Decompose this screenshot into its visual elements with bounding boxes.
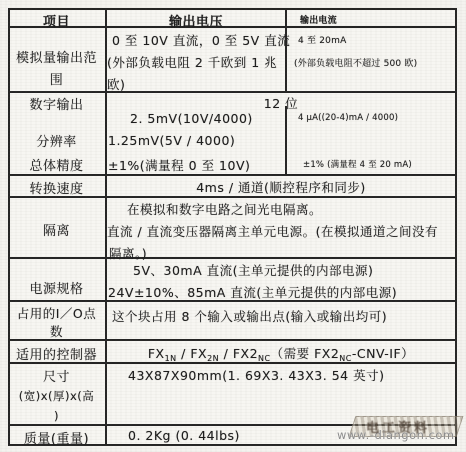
conversion-value: 4ms / 通道(顺控程序和同步) bbox=[105, 178, 457, 196]
accuracy-voltage: ±1%(满量程 0 至 10V) bbox=[108, 156, 250, 174]
resolution-label: 分辨率 bbox=[8, 131, 105, 150]
header-item: 项目 bbox=[8, 11, 105, 30]
isolation-line1: 在模拟和数字电路之间光电隔离。 bbox=[127, 200, 322, 218]
io-points-label-2: 数 bbox=[8, 322, 105, 340]
io-points-value: 这个块占用 8 个输入或输出点(输入或输出均可) bbox=[112, 307, 387, 325]
controller-part-1-subscript: 1N bbox=[165, 354, 177, 363]
header-output-voltage: 输出电压 bbox=[107, 11, 285, 30]
conversion-label: 转换速度 bbox=[8, 178, 105, 197]
controller-part-2: / FX bbox=[177, 346, 207, 361]
analog-voltage-line1: 0 至 10V 直流，0 至 5V 直流 bbox=[112, 31, 290, 49]
resolution-voltage-1: 2. 5mV(10V/4000) bbox=[130, 111, 253, 126]
weight-label: 质量(重量) bbox=[8, 428, 105, 447]
analog-current-line1: 4 至 20mA bbox=[298, 33, 346, 46]
weight-value: 0. 2Kg (0. 44lbs) bbox=[128, 428, 240, 443]
row-divider-digital bbox=[8, 174, 457, 176]
controller-part-6: （需要 FX2 bbox=[271, 346, 340, 361]
dimensions-label-2: (宽)x(厚)x(高 bbox=[8, 388, 105, 404]
analog-output-label-1: 模拟量输出范 bbox=[8, 47, 105, 66]
digital-output-label: 数字输出 bbox=[8, 94, 105, 113]
io-points-label-1: 占用的I／O点 bbox=[8, 304, 105, 322]
resolution-current: 4 μA((20-4)mA / 4000) bbox=[298, 113, 398, 123]
isolation-line2: 直流 / 直流变压器隔离主单元电源。(在模拟通道之间没有 bbox=[107, 222, 438, 240]
accuracy-current: ±1% (满量程 4 至 20 mA) bbox=[303, 158, 412, 170]
column-divider-2-mid bbox=[285, 106, 287, 174]
power-line1: 5V、30mA 直流(主单元提供的内部电源) bbox=[133, 261, 373, 279]
controller-value: FX1N / FX2N / FX2NC（需要 FX2NC-CNV-IF） bbox=[105, 344, 457, 363]
isolation-label: 隔离 bbox=[8, 220, 105, 239]
controller-part-8: -CNV-IF） bbox=[352, 346, 414, 361]
header-output-current: 输出电流 bbox=[300, 13, 337, 26]
controller-label: 适用的控制器 bbox=[8, 344, 105, 363]
isolation-line3: 隔离。) bbox=[109, 244, 147, 262]
watermark-overlay-text: 电工资料 bbox=[366, 417, 430, 436]
controller-part-3-subscript: 2N bbox=[207, 354, 219, 363]
power-label: 电源规格 bbox=[8, 278, 105, 297]
dimensions-value: 43X87X90mm(1. 69X3. 43X3. 54 英寸) bbox=[128, 366, 384, 384]
spec-table-scan: 项目 输出电压 输出电流 模拟量输出范 围 0 至 10V 直流，0 至 5V … bbox=[0, 0, 466, 452]
dimensions-label-1: 尺寸 bbox=[8, 366, 105, 385]
controller-part-5-subscript: NC bbox=[258, 354, 271, 363]
row-divider-analog bbox=[8, 91, 457, 93]
analog-output-label-2: 围 bbox=[8, 69, 105, 88]
row-divider-isolation bbox=[8, 257, 457, 259]
column-divider-2-top bbox=[285, 8, 287, 91]
controller-part-0: FX bbox=[148, 346, 165, 361]
analog-current-line2: (外部负载电阻不超过 500 欧) bbox=[294, 56, 417, 69]
dimensions-label-3: ) bbox=[8, 409, 105, 423]
analog-voltage-line3: 欧) bbox=[107, 75, 125, 93]
analog-voltage-line2: (外部负载电阻 2 千欧到 1 兆 bbox=[107, 53, 277, 71]
resolution-voltage-2: 1.25mV(5V / 4000) bbox=[108, 133, 235, 148]
controller-part-4: / FX2 bbox=[219, 346, 258, 361]
accuracy-label: 总体精度 bbox=[8, 155, 105, 174]
power-line2: 24V±10%、85mA 直流(主单元提供的内部电源) bbox=[108, 283, 397, 301]
controller-part-7-subscript: NC bbox=[339, 354, 352, 363]
digital-output-value: 12 位 bbox=[105, 94, 457, 112]
